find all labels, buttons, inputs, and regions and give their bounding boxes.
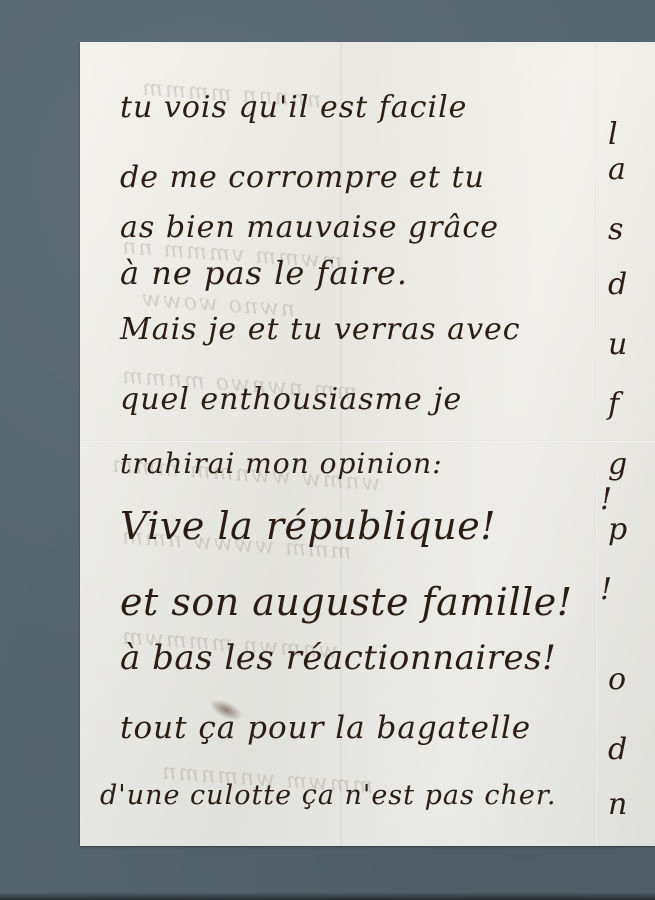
vertical-fold: [595, 42, 598, 846]
right-page-fragment: n: [608, 787, 627, 822]
right-page-fragment: d: [608, 267, 627, 302]
letter-line: quel enthousiasme je: [120, 382, 462, 417]
letter-line: et son auguste famille!: [120, 580, 573, 624]
letter-line: tu vois qu'il est facile: [120, 90, 467, 125]
right-page-fragment: u: [608, 327, 627, 362]
letter-page: nnnnn mmmm mwmm vmmm nn nwno woww mm nwn…: [80, 42, 655, 846]
letter-line: trahirai mon opinion:: [120, 447, 443, 480]
bottom-shadow: [0, 892, 655, 900]
letter-line: tout ça pour la bagatelle: [120, 710, 531, 746]
horizontal-fold: [80, 440, 655, 443]
letter-line: Vive la république!: [120, 504, 496, 548]
right-page-fragment: f: [608, 387, 619, 422]
letter-line: à bas les réactionnaires!: [120, 638, 556, 678]
right-page-fragment: p: [608, 512, 627, 547]
right-page-fragment: o: [608, 662, 626, 697]
letter-line: as bien mauvaise grâce: [120, 210, 499, 245]
right-page-fragment: a: [608, 152, 626, 187]
right-page-fragment: d: [608, 732, 627, 767]
right-page-fragment: l: [608, 117, 618, 152]
right-page-fragment: g: [608, 447, 627, 482]
right-page-fragment: !: [600, 572, 612, 607]
right-page-fragment: s: [608, 212, 623, 247]
letter-line: d'une culotte ça n'est pas cher.: [100, 780, 556, 811]
letter-line: Mais je et tu verras avec: [120, 312, 521, 347]
letter-line: de me corrompre et tu: [120, 160, 485, 195]
letter-line: à ne pas le faire.: [120, 254, 408, 292]
